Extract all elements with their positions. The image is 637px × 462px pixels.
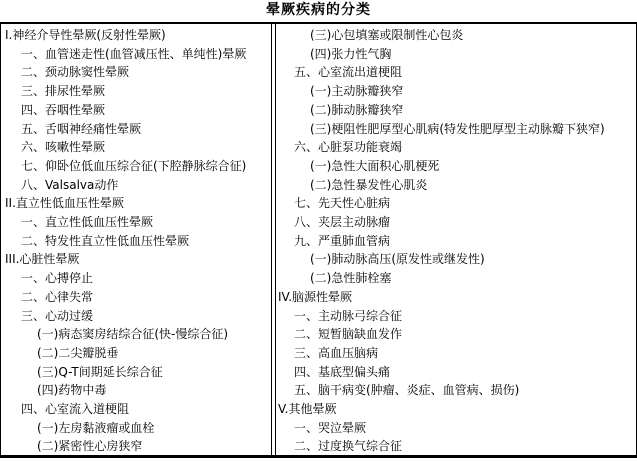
table-right-column: (三)心包填塞或限制性心包炎(四)张力性气胸五、心室流出道梗阻(一)主动脉瓣狭窄… bbox=[275, 24, 636, 455]
list-item: (三)梗阻性肥厚型心肌病(特发性肥厚型主动脉瓣下狭窄) bbox=[278, 120, 636, 139]
list-item: 一、直立性低血压性晕厥 bbox=[5, 213, 271, 232]
list-item: IV.脑源性晕厥 bbox=[278, 288, 636, 307]
list-item: (四)药物中毒 bbox=[5, 381, 271, 400]
list-item: 五、脑干病变(肿瘤、炎症、血管病、损伤) bbox=[278, 381, 636, 400]
table-left-column: I.神经介导性晕厥(反射性晕厥)一、血管迷走性(血管减压性、单纯性)晕厥二、颈动… bbox=[1, 24, 272, 455]
list-item: (三)Q-T间期延长综合征 bbox=[5, 363, 271, 382]
list-item: II.直立性低血压性晕厥 bbox=[5, 194, 271, 213]
list-item: 一、哭泣晕厥 bbox=[278, 419, 636, 438]
list-item: 五、心室流出道梗阻 bbox=[278, 63, 636, 82]
list-item: 七、仰卧位低血压综合征(下腔静脉综合征) bbox=[5, 157, 271, 176]
list-item: (一)主动脉瓣狭窄 bbox=[278, 82, 636, 101]
list-item: 七、先天性心脏病 bbox=[278, 194, 636, 213]
list-item: 二、特发性直立性低血压性晕厥 bbox=[5, 232, 271, 251]
list-item: 三、高血压脑病 bbox=[278, 344, 636, 363]
list-item: (一)左房黏液瘤或血栓 bbox=[5, 419, 271, 438]
list-item: (二)二尖瓣脱垂 bbox=[5, 344, 271, 363]
list-item: 八、夹层主动脉瘤 bbox=[278, 213, 636, 232]
list-item: (二)肺动脉瓣狭窄 bbox=[278, 101, 636, 120]
list-item: 五、舌咽神经痛性晕厥 bbox=[5, 120, 271, 139]
list-item: 八、Valsalva动作 bbox=[5, 176, 271, 195]
list-item: (四)张力性气胸 bbox=[278, 45, 636, 64]
list-item: 四、心室流入道梗阻 bbox=[5, 400, 271, 419]
list-item: 九、严重肺血管病 bbox=[278, 232, 636, 251]
list-item: (二)急性肺栓塞 bbox=[278, 269, 636, 288]
list-item: 二、颈动脉窦性晕厥 bbox=[5, 63, 271, 82]
list-item: 三、排尿性晕厥 bbox=[5, 82, 271, 101]
list-item: V.其他晕厥 bbox=[278, 400, 636, 419]
list-item: 一、心搏停止 bbox=[5, 269, 271, 288]
list-item: 六、心脏泵功能衰竭 bbox=[278, 138, 636, 157]
list-item: III.心脏性晕厥 bbox=[5, 250, 271, 269]
list-item: I.神经介导性晕厥(反射性晕厥) bbox=[5, 26, 271, 45]
list-item: 二、心律失常 bbox=[5, 288, 271, 307]
classification-table: I.神经介导性晕厥(反射性晕厥)一、血管迷走性(血管减压性、单纯性)晕厥二、颈动… bbox=[0, 22, 637, 458]
list-item: 二、短暂脑缺血发作 bbox=[278, 325, 636, 344]
list-item: 六、咳嗽性晕厥 bbox=[5, 138, 271, 157]
list-item: 四、吞咽性晕厥 bbox=[5, 101, 271, 120]
page-title: 晕厥疾病的分类 bbox=[0, 0, 637, 22]
list-item: (二)紧密性心房狭窄 bbox=[5, 437, 271, 455]
list-item: 一、主动脉弓综合征 bbox=[278, 307, 636, 326]
list-item: 二、过度换气综合征 bbox=[278, 437, 636, 455]
list-item: 四、基底型偏头痛 bbox=[278, 363, 636, 382]
list-item: (一)病态窦房结综合征(快-慢综合征) bbox=[5, 325, 271, 344]
document-page: 晕厥疾病的分类 I.神经介导性晕厥(反射性晕厥)一、血管迷走性(血管减压性、单纯… bbox=[0, 0, 637, 462]
list-item: (一)肺动脉高压(原发性或继发性) bbox=[278, 250, 636, 269]
list-item: 三、心动过缓 bbox=[5, 307, 271, 326]
list-item: 一、血管迷走性(血管减压性、单纯性)晕厥 bbox=[5, 45, 271, 64]
list-item: (三)心包填塞或限制性心包炎 bbox=[278, 26, 636, 45]
list-item: (一)急性大面积心肌梗死 bbox=[278, 157, 636, 176]
list-item: (二)急性暴发性心肌炎 bbox=[278, 176, 636, 195]
